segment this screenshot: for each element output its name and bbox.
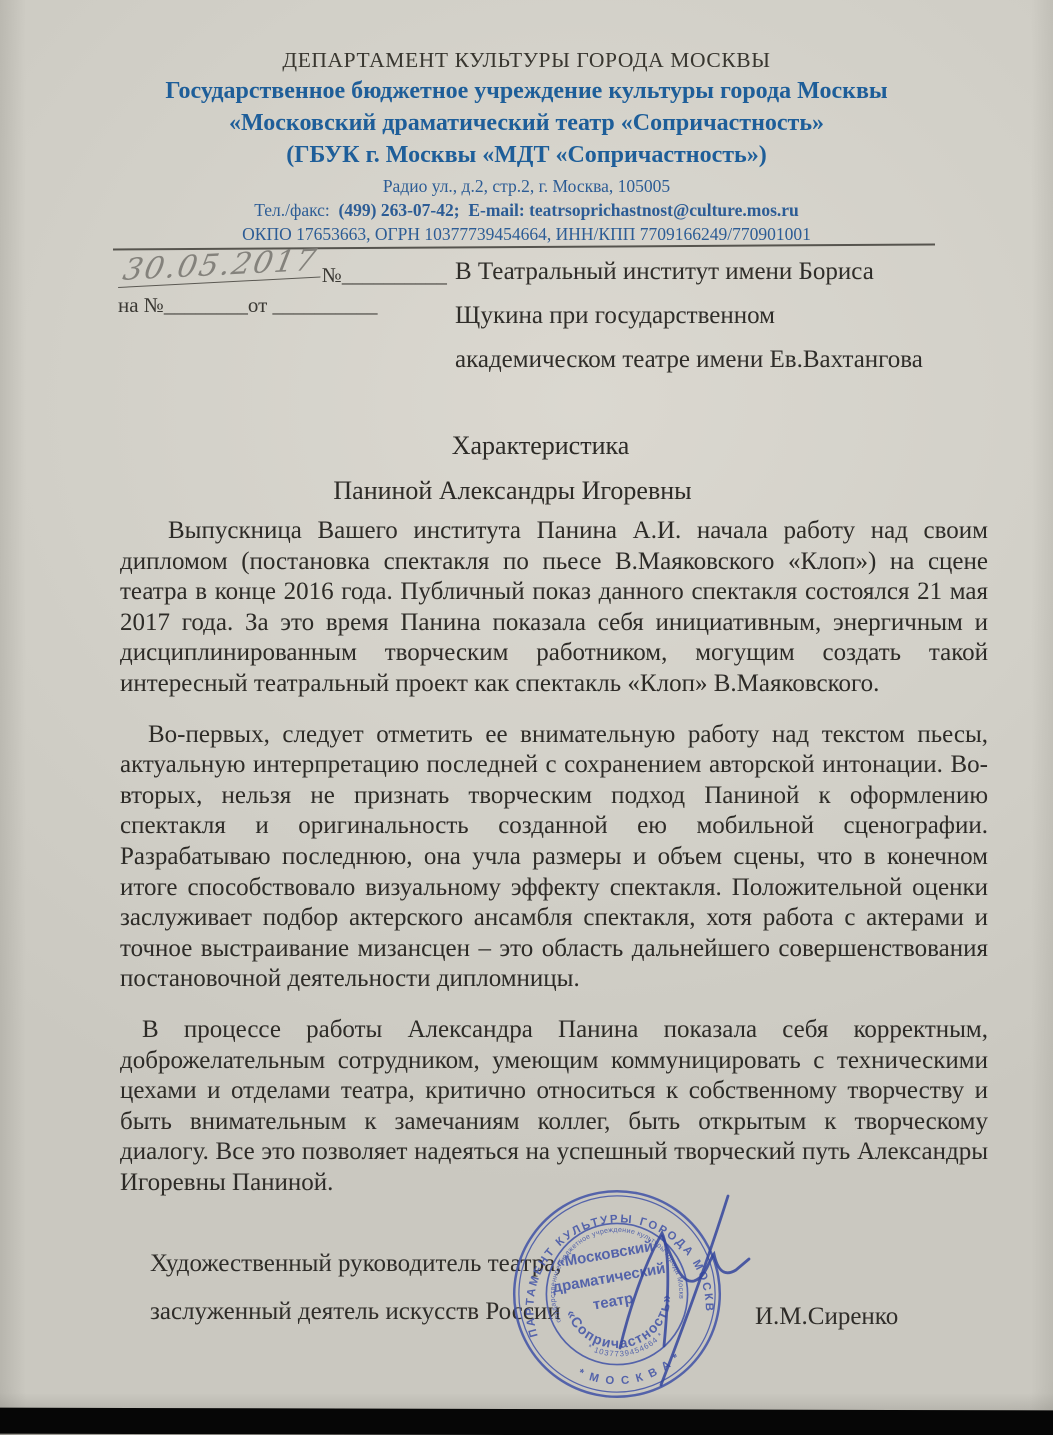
email-label: E-mail: xyxy=(468,200,524,220)
addressee-line-3: академическом театре имени Ев.Вахтангова xyxy=(455,338,965,382)
document-subject: Паниной Александры Игоревны xyxy=(0,476,1039,506)
signature-autograph xyxy=(590,1188,800,1398)
letterhead: ДЕПАРТАМЕНТ КУЛЬТУРЫ ГОРОДА МОСКВЫ Госуд… xyxy=(0,48,1053,245)
address-line: Радио ул., д.2, стр.2, г. Москва, 105005 xyxy=(0,176,1053,197)
photo-bottom-black-edge xyxy=(0,1408,1053,1435)
registration-line: ОКПО 17653663, ОГРН 10377739454664, ИНН/… xyxy=(0,224,1053,245)
phone-number: (499) 263-07-42; xyxy=(339,200,460,220)
phone-label: Тел./факс: xyxy=(254,200,330,220)
paragraph-3: В процессе работы Александра Панина пока… xyxy=(120,1015,988,1199)
incoming-number-field: на №________от __________ xyxy=(118,290,408,320)
theatre-name: «Московский драматический театр «Соприча… xyxy=(0,110,1053,137)
letter-body: Выпускница Вашего института Панина А.И. … xyxy=(120,516,988,1218)
addressee-block: В Театральный институт имени Бориса Щуки… xyxy=(455,250,965,382)
contacts-line: Тел./факс: (499) 263-07-42; E-mail: teat… xyxy=(0,200,1053,221)
handwritten-date: 30.05.2017 xyxy=(118,246,326,288)
reference-block: 30.05.2017 №__________ на №________от __… xyxy=(118,256,408,320)
paragraph-1: Выпускница Вашего института Панина А.И. … xyxy=(120,516,988,700)
department-name: ДЕПАРТАМЕНТ КУЛЬТУРЫ ГОРОДА МОСКВЫ xyxy=(0,48,1053,73)
email-address: teatrsoprichastnost@culture.mos.ru xyxy=(529,200,799,220)
scanned-letter-page: ДЕПАРТАМЕНТ КУЛЬТУРЫ ГОРОДА МОСКВЫ Госуд… xyxy=(0,0,1053,1435)
outgoing-number-row: 30.05.2017 №__________ xyxy=(118,256,408,288)
organization-full-name: Государственное бюджетное учреждение кул… xyxy=(0,78,1053,105)
paragraph-2: Во-первых, следует отметить ее вниматель… xyxy=(120,720,988,995)
addressee-line-2: Щукина при государственном xyxy=(455,294,965,338)
document-title: Характеристика xyxy=(14,431,1053,461)
document-number-field: №__________ xyxy=(322,262,447,288)
organization-short-name: (ГБУК г. Москвы «МДТ «Сопричастность») xyxy=(0,142,1053,169)
addressee-line-1: В Театральный институт имени Бориса xyxy=(455,250,965,294)
